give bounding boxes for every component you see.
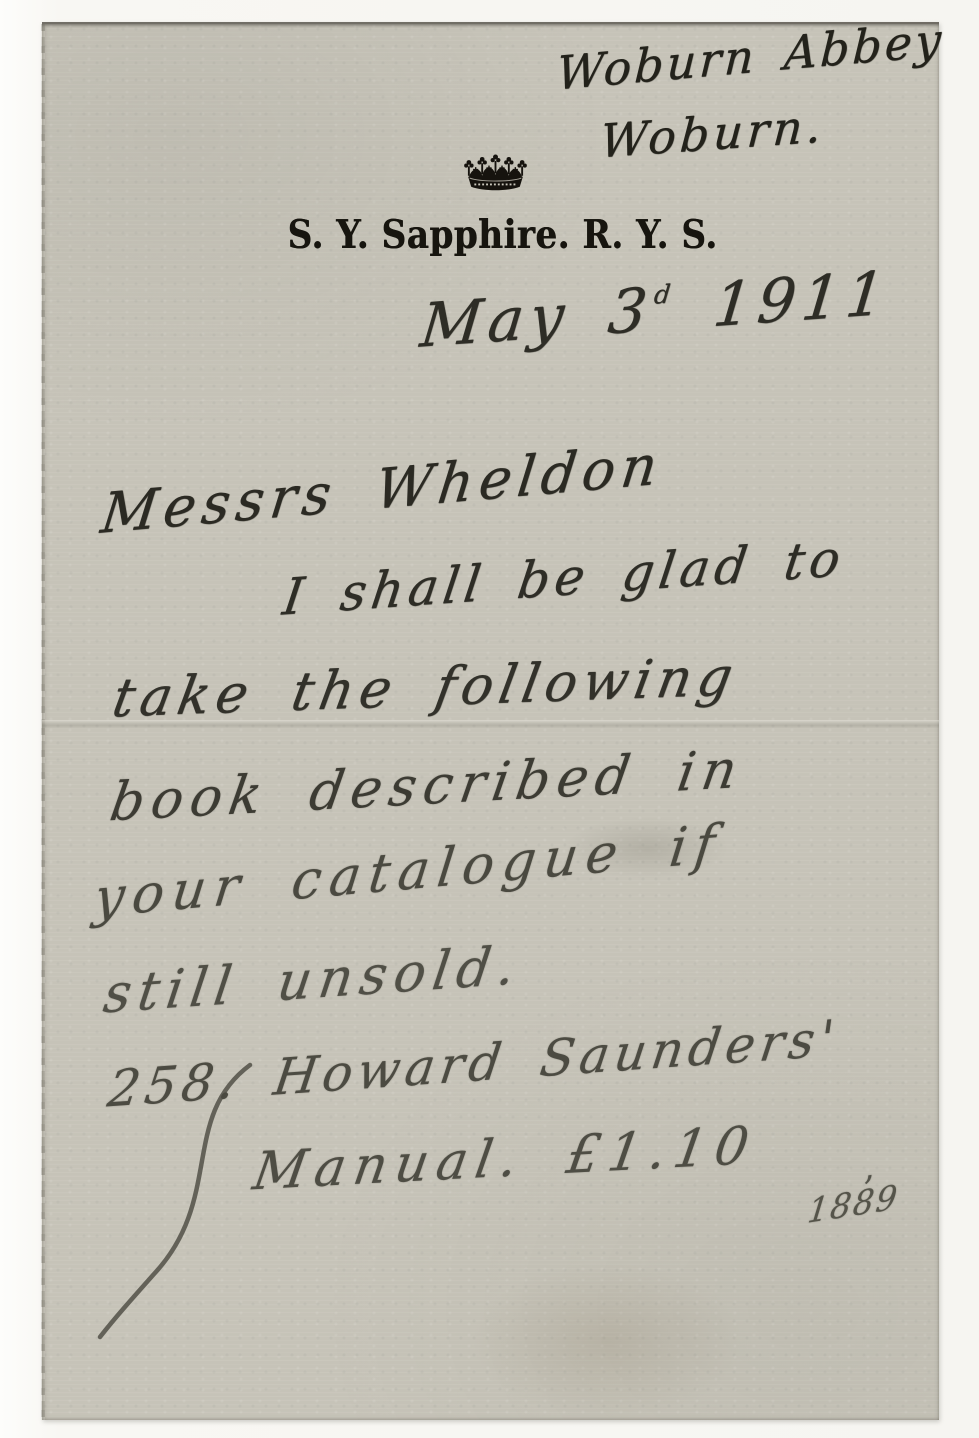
paper-stain — [462, 1256, 752, 1426]
date-superscript: d — [653, 279, 678, 310]
date-line: May 3d 1911 — [418, 263, 893, 356]
handwritten-location-line2: Woburn. — [599, 102, 827, 164]
handwritten-location-line1: Woburn Abbey — [556, 16, 945, 96]
body-line: Manual. £1.10 — [250, 1120, 760, 1199]
letterhead-title: S. Y. Sapphire. R. Y. S. — [76, 212, 928, 257]
body-line: I shall be glad to — [280, 533, 848, 623]
body-line: take the following — [109, 650, 743, 725]
body-line: your catalogue if — [91, 817, 725, 926]
fold-crease — [42, 720, 939, 729]
body-line: Messrs Wheldon — [98, 437, 666, 542]
letter-paper: Woburn Abbey Woburn. — [42, 22, 939, 1420]
body-line: book described in — [107, 743, 748, 830]
body-line: 1889 — [806, 1180, 901, 1228]
date-year: 1911 — [710, 258, 894, 341]
scan-background: Woburn Abbey Woburn. — [0, 0, 979, 1438]
stray-pen-mark: , — [860, 1150, 875, 1185]
flourish-stroke — [92, 1059, 262, 1344]
coronet-icon — [448, 146, 543, 193]
date-prefix: May 3 — [417, 275, 656, 362]
body-line: still unsold. — [100, 939, 525, 1022]
